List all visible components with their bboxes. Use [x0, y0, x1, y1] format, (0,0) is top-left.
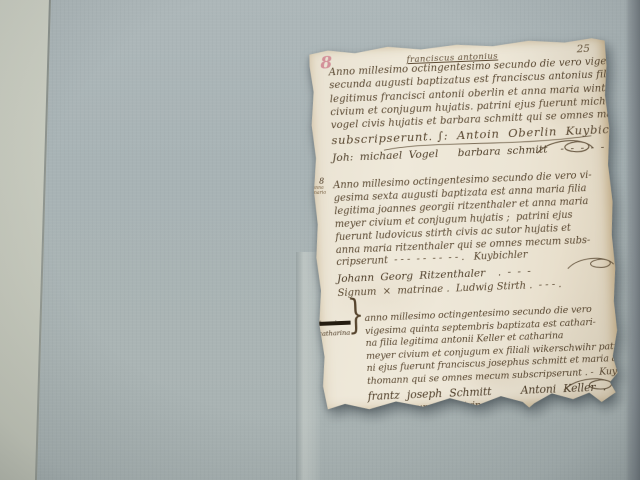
- paper-sheet: 8 franciscus antonius 25 Anno millesimo …: [307, 36, 622, 416]
- folder-right-edge: [625, 0, 640, 480]
- margin-note: catharina: [318, 327, 350, 341]
- entry-brace: }: [347, 306, 364, 326]
- baptism-entry-2: 8 anna maria Anno millesimo octingentesi…: [333, 169, 610, 301]
- baptism-entry-1: Anno millesimo octingentesimo secundo di…: [328, 55, 604, 165]
- archive-photo: 8 franciscus antonius 25 Anno millesimo …: [0, 0, 640, 480]
- baptism-entry-3: franciscus catharina } anno millesimo oc…: [364, 303, 620, 417]
- margin-note: anna maria: [312, 185, 331, 197]
- page-number: 25: [576, 43, 590, 56]
- manuscript-page: 8 franciscus antonius 25 Anno millesimo …: [307, 36, 622, 416]
